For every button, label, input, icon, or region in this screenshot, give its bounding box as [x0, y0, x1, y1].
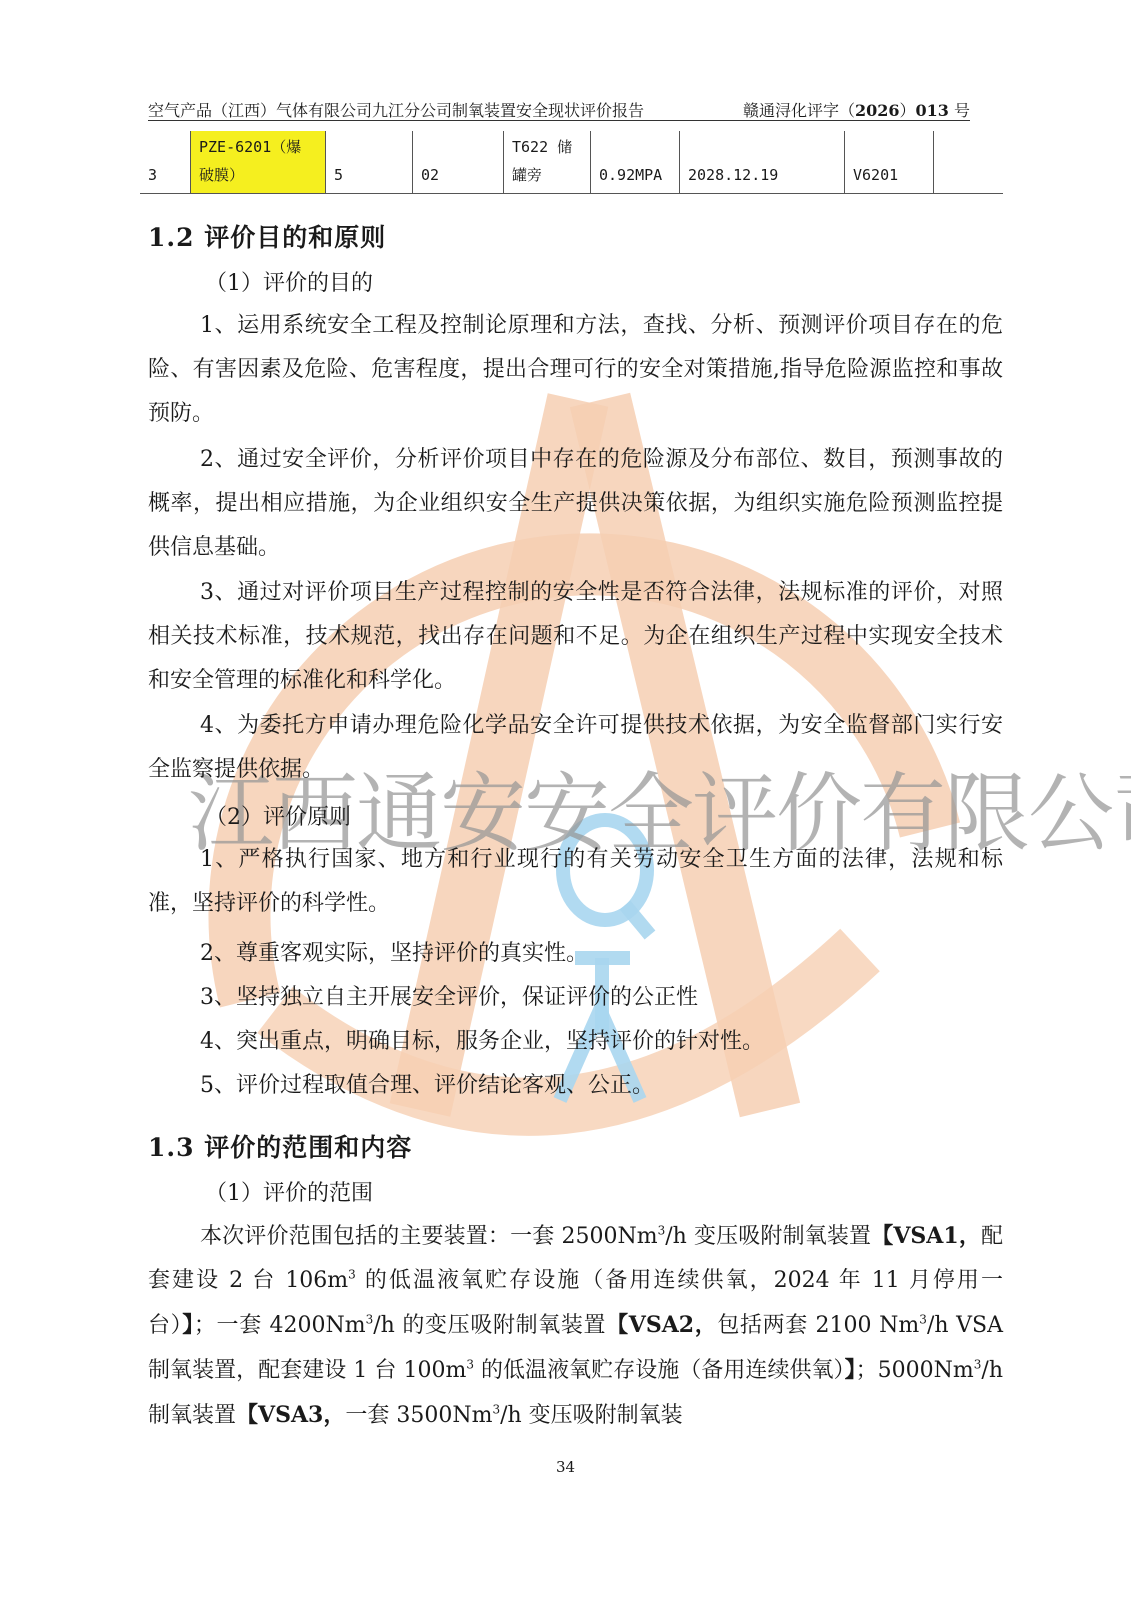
purpose-item-4: 4、为委托方申请办理危险化学品安全许可提供技术依据，为安全监督部门实行安全监察提… [148, 704, 1003, 792]
document-page: 江西通安安全评价有限公司 空气产品（江西）气体有限公司九江分公司制氧装置安全现状… [0, 0, 1131, 1600]
principle-item-4: 4、突出重点，明确目标，服务企业，坚持评价的针对性。 [200, 1024, 764, 1055]
page-header: 空气产品（江西）气体有限公司九江分公司制氧装置安全现状评价报告 赣通浔化评字（2… [148, 96, 970, 121]
principle-item-5: 5、评价过程取值合理、评价结论客观、公正。 [200, 1068, 654, 1099]
page-number: 34 [0, 1458, 1131, 1476]
document-number: 赣通浔化评字（2026）013 号 [743, 98, 970, 121]
principle-item-2: 2、尊重客观实际，坚持评价的真实性。 [200, 936, 588, 967]
principle-item-3: 3、坚持独立自主开展安全评价，保证评价的公正性 [200, 980, 698, 1011]
purpose-title: （1）评价的目的 [205, 266, 373, 297]
safety-valve-table: 3 PZE-6201（爆破膜） 5 02 T622 储罐旁 0.92MPA 20… [140, 131, 1003, 194]
report-title: 空气产品（江西）气体有限公司九江分公司制氧装置安全现状评价报告 [148, 98, 644, 121]
table-row: 3 PZE-6201（爆破膜） 5 02 T622 储罐旁 0.92MPA 20… [140, 131, 1003, 194]
section-heading-1-3: 1.3 评价的范围和内容 [148, 1128, 412, 1164]
cell-equipment: V6201 [845, 131, 934, 194]
cell-code: 02 [413, 131, 504, 194]
principle-title: （2）评价原则 [205, 800, 351, 831]
purpose-item-2: 2、通过安全评价，分析评价项目中存在的危险源及分布部位、数目，预测事故的概率，提… [148, 438, 1003, 570]
cell-quantity: 5 [326, 131, 413, 194]
cell-device: PZE-6201（爆破膜） [191, 131, 326, 194]
cell-date: 2028.12.19 [680, 131, 845, 194]
cell-pressure: 0.92MPA [591, 131, 680, 194]
cell-location: T622 储罐旁 [504, 131, 591, 194]
scope-paragraph: 本次评价范围包括的主要装置：一套 2500Nm3/h 变压吸附制氧装置【VSA1… [148, 1214, 1003, 1438]
principle-item-1: 1、严格执行国家、地方和行业现行的有关劳动安全卫生方面的法律，法规和标准，坚持评… [148, 838, 1003, 926]
cell-index: 3 [140, 131, 191, 194]
cell-remark [934, 131, 1004, 194]
purpose-item-1: 1、运用系统安全工程及控制论原理和方法，查找、分析、预测评价项目存在的危险、有害… [148, 304, 1003, 436]
section-heading-1-2: 1.2 评价目的和原则 [148, 218, 386, 254]
purpose-item-3: 3、通过对评价项目生产过程控制的安全性是否符合法律，法规标准的评价，对照相关技术… [148, 571, 1003, 703]
scope-title: （1）评价的范围 [205, 1176, 373, 1207]
